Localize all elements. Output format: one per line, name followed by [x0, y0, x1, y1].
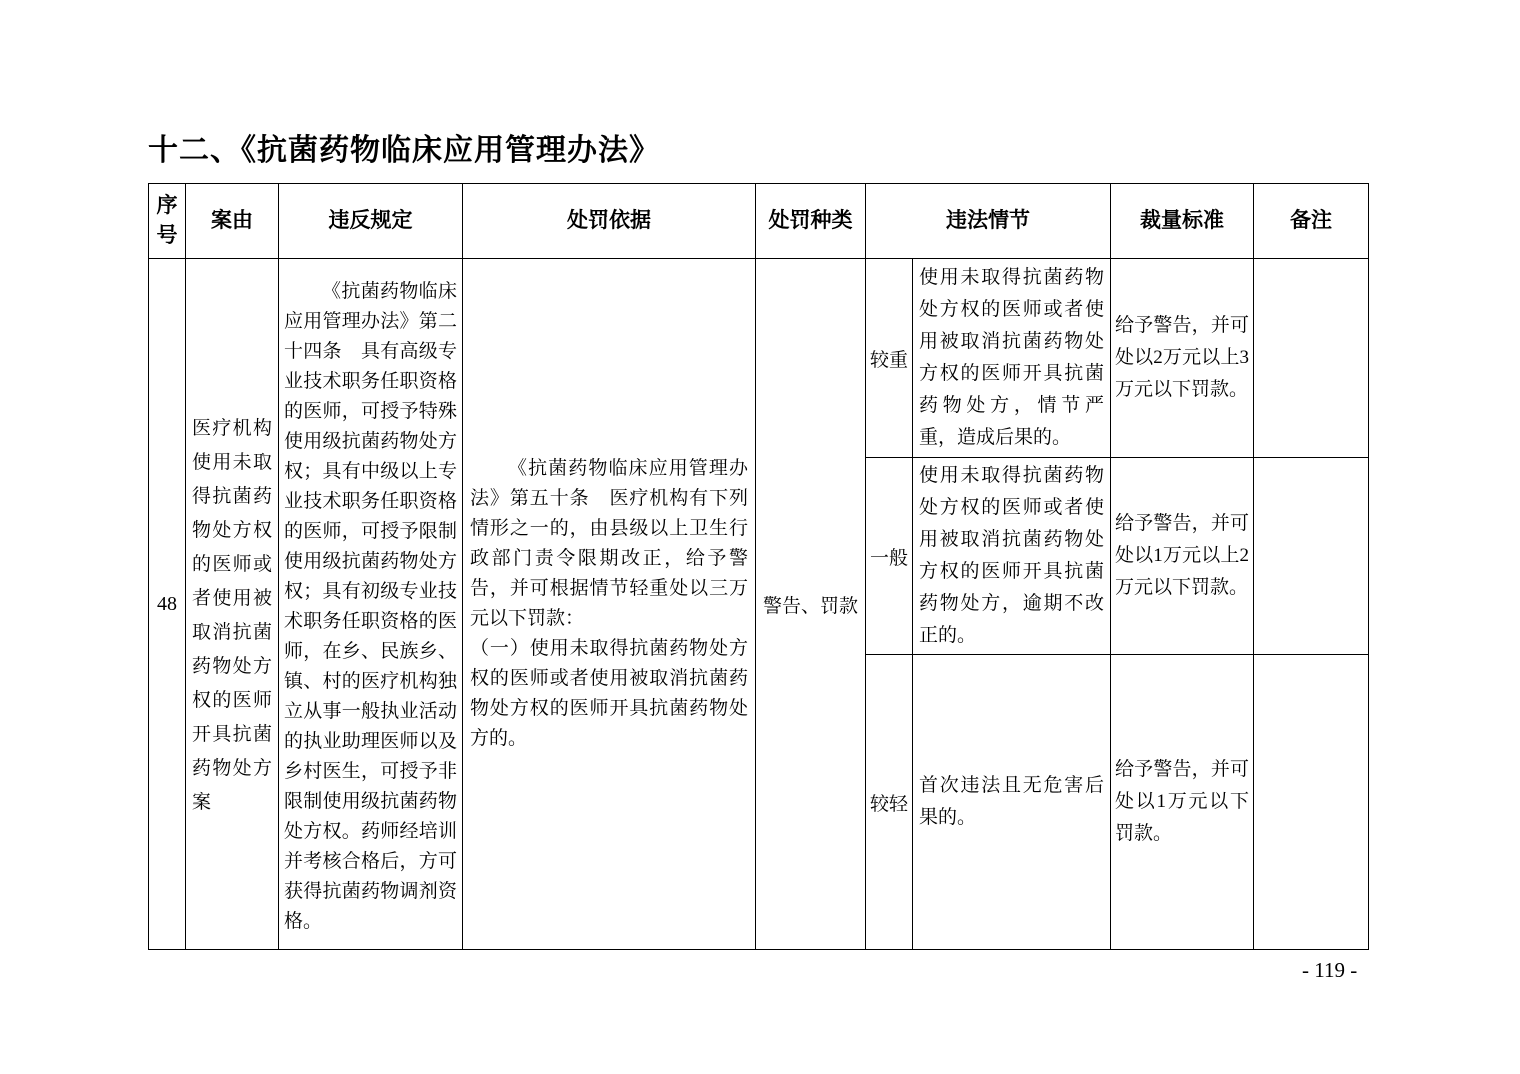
cell-severity-general: 一般: [866, 458, 913, 655]
table-header-row: 序号 案由 违反规定 处罚依据 处罚种类 违法情节 裁量标准 备注: [149, 184, 1369, 259]
cell-remark-severe: [1254, 259, 1369, 458]
page-title: 十二、《抗菌药物临床应用管理办法》: [148, 134, 660, 168]
header-remarks: 备注: [1254, 184, 1369, 259]
cell-remark-light: [1254, 655, 1369, 950]
cell-penalty-basis: 《抗菌药物临床应用管理办法》第五十条 医疗机构有下列情形之一的，由县级以上卫生行…: [463, 259, 756, 950]
penalty-basis-paragraph-1: 《抗菌药物临床应用管理办法》第五十条 医疗机构有下列情形之一的，由县级以上卫生行…: [470, 454, 748, 634]
cell-standard-severe: 给予警告，并可处以2万元以上3万元以下罚款。: [1111, 259, 1254, 458]
document-page: 十二、《抗菌药物临床应用管理办法》 序号 案由 违反规定 处罚依据 处罚种类 违…: [0, 0, 1520, 1074]
page-number: - 119 -: [1302, 958, 1357, 983]
cell-case: 医疗机构使用未取得抗菌药物处方权的医师或者使用被取消抗菌药物处方权的医师开具抗菌…: [186, 259, 279, 950]
cell-standard-light: 给予警告，并可处以1万元以下罚款。: [1111, 655, 1254, 950]
cell-remark-general: [1254, 458, 1369, 655]
header-penalty-basis: 处罚依据: [463, 184, 756, 259]
violation-text: 《抗菌药物临床应用管理办法》第二十四条 具有高级专业技术职务任职资格的医师，可授…: [284, 277, 457, 937]
cell-circumstance-general: 使用未取得抗菌药物处方权的医师或者使用被取消抗菌药物处方权的医师开具抗菌药物处方…: [913, 458, 1111, 655]
cell-severity-light: 较轻: [866, 655, 913, 950]
header-penalty-type: 处罚种类: [756, 184, 866, 259]
cell-standard-general: 给予警告，并可处以1万元以上2万元以下罚款。: [1111, 458, 1254, 655]
header-case: 案由: [186, 184, 279, 259]
header-circumstances: 违法情节: [866, 184, 1111, 259]
cell-penalty-type: 警告、罚款: [756, 259, 866, 950]
cell-violation: 《抗菌药物临床应用管理办法》第二十四条 具有高级专业技术职务任职资格的医师，可授…: [279, 259, 463, 950]
table-row-severe: 48 医疗机构使用未取得抗菌药物处方权的医师或者使用被取消抗菌药物处方权的医师开…: [149, 259, 1369, 458]
header-violation: 违反规定: [279, 184, 463, 259]
cell-severity-severe: 较重: [866, 259, 913, 458]
penalty-basis-paragraph-2: （一）使用未取得抗菌药物处方权的医师或者使用被取消抗菌药物处方权的医师开具抗菌药…: [470, 634, 748, 754]
penalty-discretion-table: 序号 案由 违反规定 处罚依据 处罚种类 违法情节 裁量标准 备注 48 医疗机…: [148, 183, 1369, 950]
header-discretion-standard: 裁量标准: [1111, 184, 1254, 259]
cell-seq-no: 48: [149, 259, 186, 950]
cell-circumstance-severe: 使用未取得抗菌药物处方权的医师或者使用被取消抗菌药物处方权的医师开具抗菌药物处方…: [913, 259, 1111, 458]
header-seq-no: 序号: [149, 184, 186, 259]
cell-circumstance-light: 首次违法且无危害后果的。: [913, 655, 1111, 950]
